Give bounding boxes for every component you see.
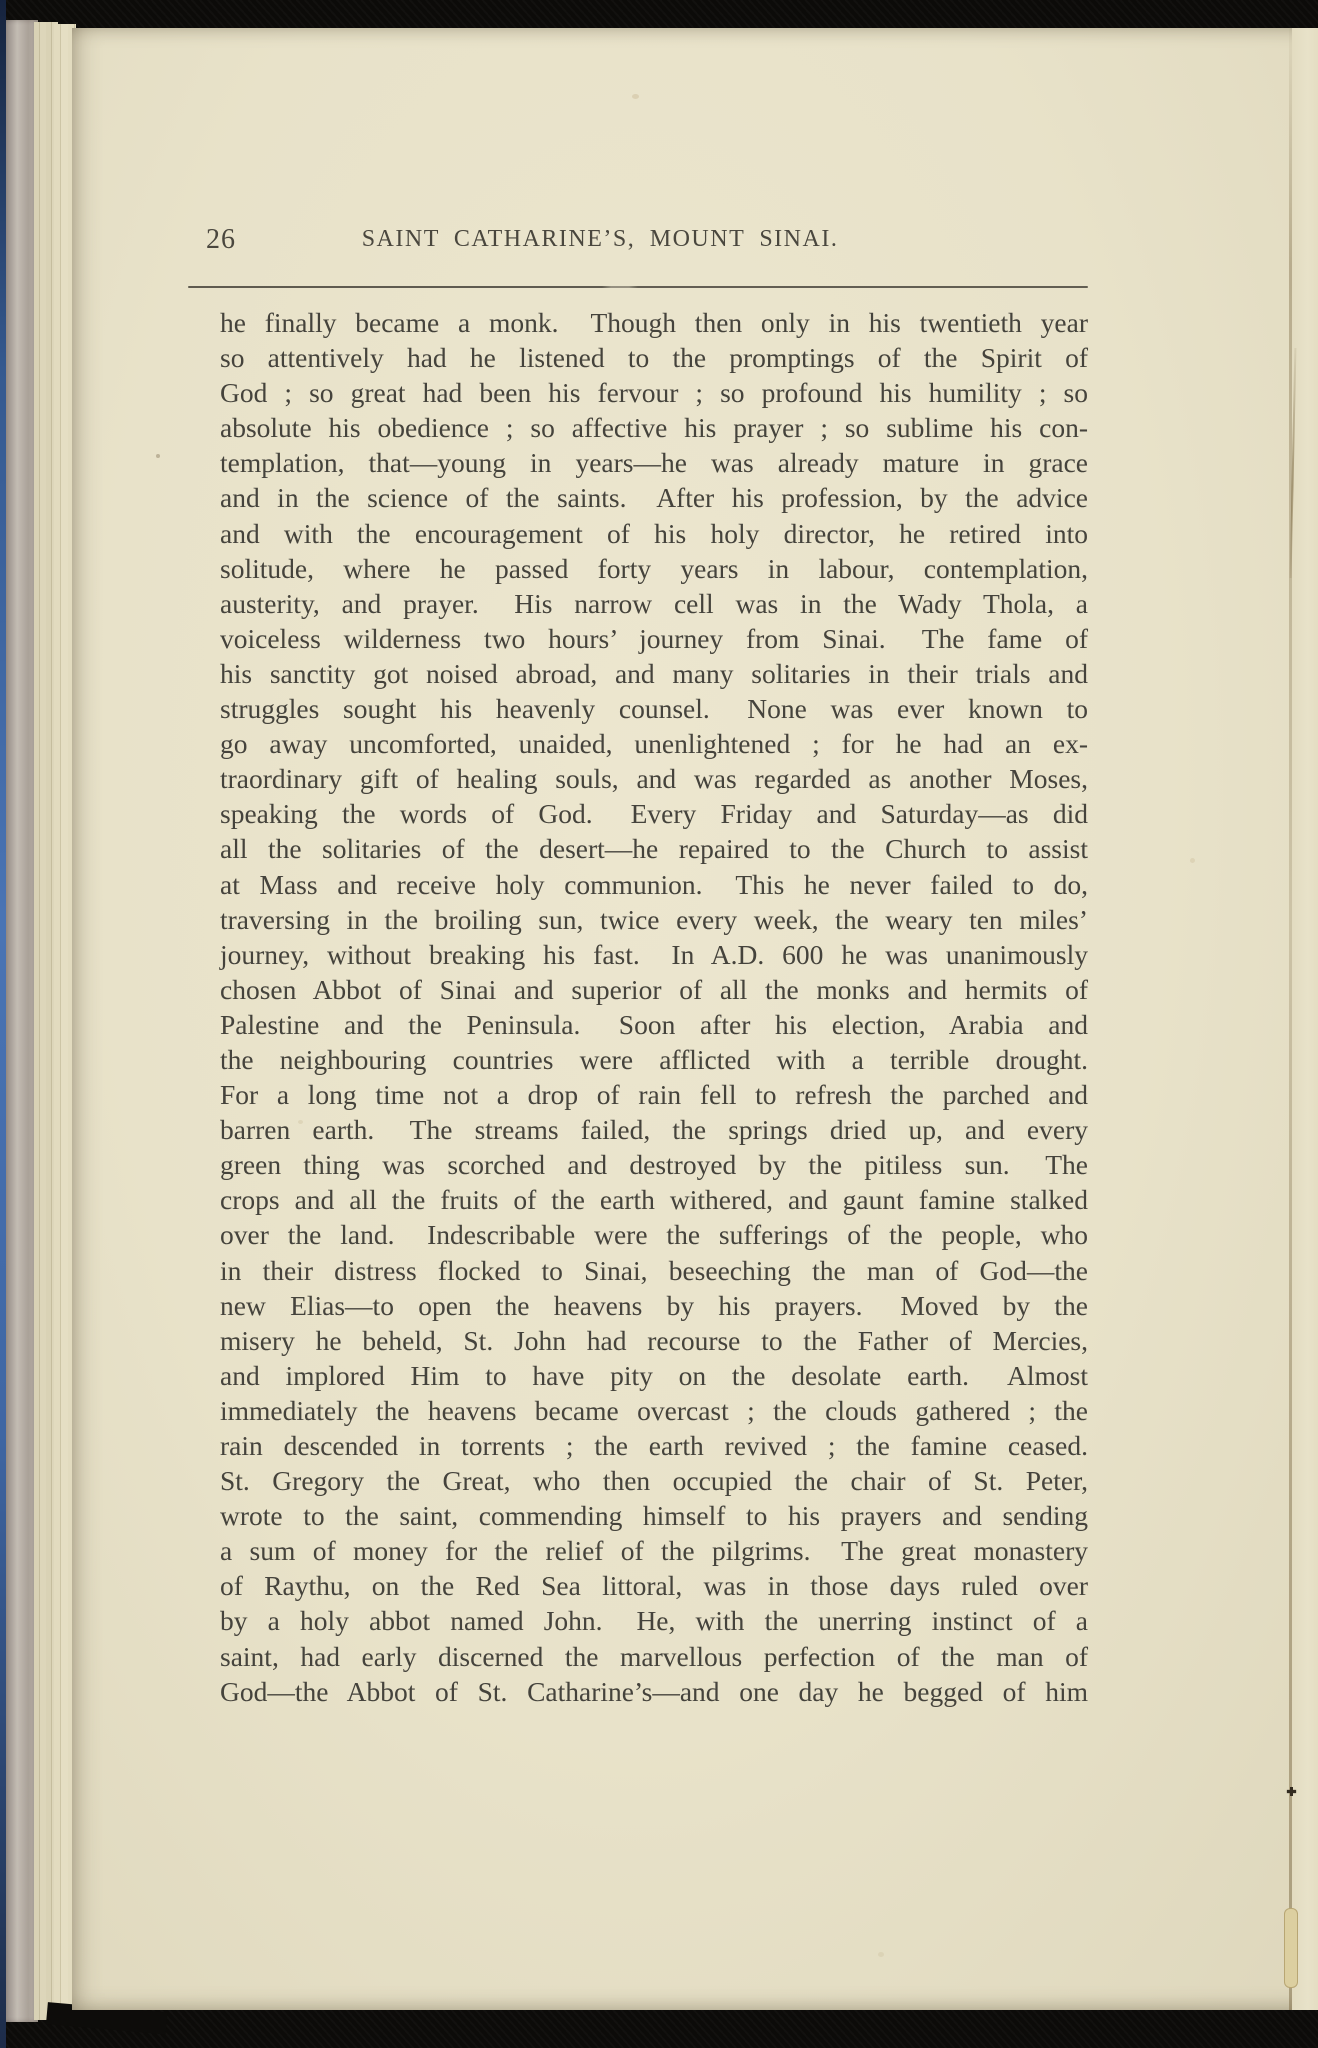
- text-line: misery he beheld, St. John had recourse …: [220, 1323, 1088, 1358]
- text-line: at Mass and receive holy communion. This…: [220, 867, 1088, 902]
- text-line: For a long time not a drop of rain fell …: [220, 1077, 1088, 1112]
- text-line: barren earth. The streams failed, the sp…: [220, 1112, 1088, 1147]
- foxing-spot: [1190, 858, 1195, 863]
- foxing-spot: [156, 454, 160, 458]
- text-line: struggles sought his heavenly counsel. N…: [220, 691, 1088, 726]
- text-line: journey, without breaking his fast. In A…: [220, 937, 1088, 972]
- text-line: St. Gregory the Great, who then occupied…: [220, 1463, 1088, 1498]
- text-line: he finally became a monk. Though then on…: [220, 305, 1088, 340]
- text-line: Palestine and the Peninsula. Soon after …: [220, 1007, 1088, 1042]
- text-line: so attentively had he listened to the pr…: [220, 340, 1088, 375]
- text-line: templation, that—young in years—he was a…: [220, 445, 1088, 480]
- text-line: wrote to the saint, commending himself t…: [220, 1498, 1088, 1533]
- running-head-title: SAINT CATHARINE’S, MOUNT SINAI.: [362, 226, 839, 253]
- text-line: solitude, where he passed forty years in…: [220, 551, 1088, 586]
- text-line: over the land. Indescribable were the su…: [220, 1217, 1088, 1252]
- page-gutter-crease: [1289, 28, 1292, 2010]
- text-line: God ; so great had been his fervour ; so…: [220, 375, 1088, 410]
- text-line: and in the science of the saints. After …: [220, 480, 1088, 515]
- text-line: his sanctity got noised abroad, and many…: [220, 656, 1088, 691]
- paper-blemish: [1284, 1908, 1298, 1988]
- text-line: absolute his obedience ; so affective hi…: [220, 410, 1088, 445]
- text-line: in their distress flocked to Sinai, bese…: [220, 1253, 1088, 1288]
- text-line: a sum of money for the relief of the pil…: [220, 1533, 1088, 1568]
- text-line: green thing was scorched and destroyed b…: [220, 1147, 1088, 1182]
- page-number: 26: [206, 224, 236, 256]
- text-line: go away uncomforted, unaided, unenlighte…: [220, 726, 1088, 761]
- text-line: and with the encouragement of his holy d…: [220, 516, 1088, 551]
- text-line: crops and all the fruits of the earth wi…: [220, 1182, 1088, 1217]
- text-line: voiceless wilderness two hours’ journey …: [220, 621, 1088, 656]
- text-line: traordinary gift of healing souls, and w…: [220, 761, 1088, 796]
- text-line: of Raythu, on the Red Sea littoral, was …: [220, 1568, 1088, 1603]
- text-line: rain descended in torrents ; the earth r…: [220, 1428, 1088, 1463]
- text-line: new Elias—to open the heavens by his pra…: [220, 1288, 1088, 1323]
- book-page: 26 SAINT CATHARINE’S, MOUNT SINAI. he fi…: [72, 28, 1318, 2010]
- text-line: immediately the heavens became overcast …: [220, 1393, 1088, 1428]
- ink-speck: [1287, 1790, 1296, 1793]
- text-line: all the solitaries of the desert—he repa…: [220, 831, 1088, 866]
- text-line: austerity, and prayer. His narrow cell w…: [220, 586, 1088, 621]
- header-rule: [188, 286, 1088, 288]
- text-line: traversing in the broiling sun, twice ev…: [220, 902, 1088, 937]
- text-line: chosen Abbot of Sinai and superior of al…: [220, 972, 1088, 1007]
- running-header: 26 SAINT CATHARINE’S, MOUNT SINAI.: [188, 224, 1088, 260]
- text-line: God—the Abbot of St. Catharine’s—and one…: [220, 1674, 1088, 1709]
- foxing-spot: [878, 1952, 884, 1957]
- text-line: by a holy abbot named John. He, with the…: [220, 1603, 1088, 1638]
- text-line: and implored Him to have pity on the des…: [220, 1358, 1088, 1393]
- book-scan-photo: 26 SAINT CATHARINE’S, MOUNT SINAI. he fi…: [0, 0, 1318, 2048]
- body-text: he finally became a monk. Though then on…: [220, 305, 1088, 1709]
- text-line: the neighbouring countries were afflicte…: [220, 1042, 1088, 1077]
- text-line: saint, had early discerned the marvellou…: [220, 1639, 1088, 1674]
- facing-page-sliver: [1292, 28, 1318, 2010]
- foxing-spot: [632, 94, 639, 99]
- text-line: speaking the words of God. Every Friday …: [220, 796, 1088, 831]
